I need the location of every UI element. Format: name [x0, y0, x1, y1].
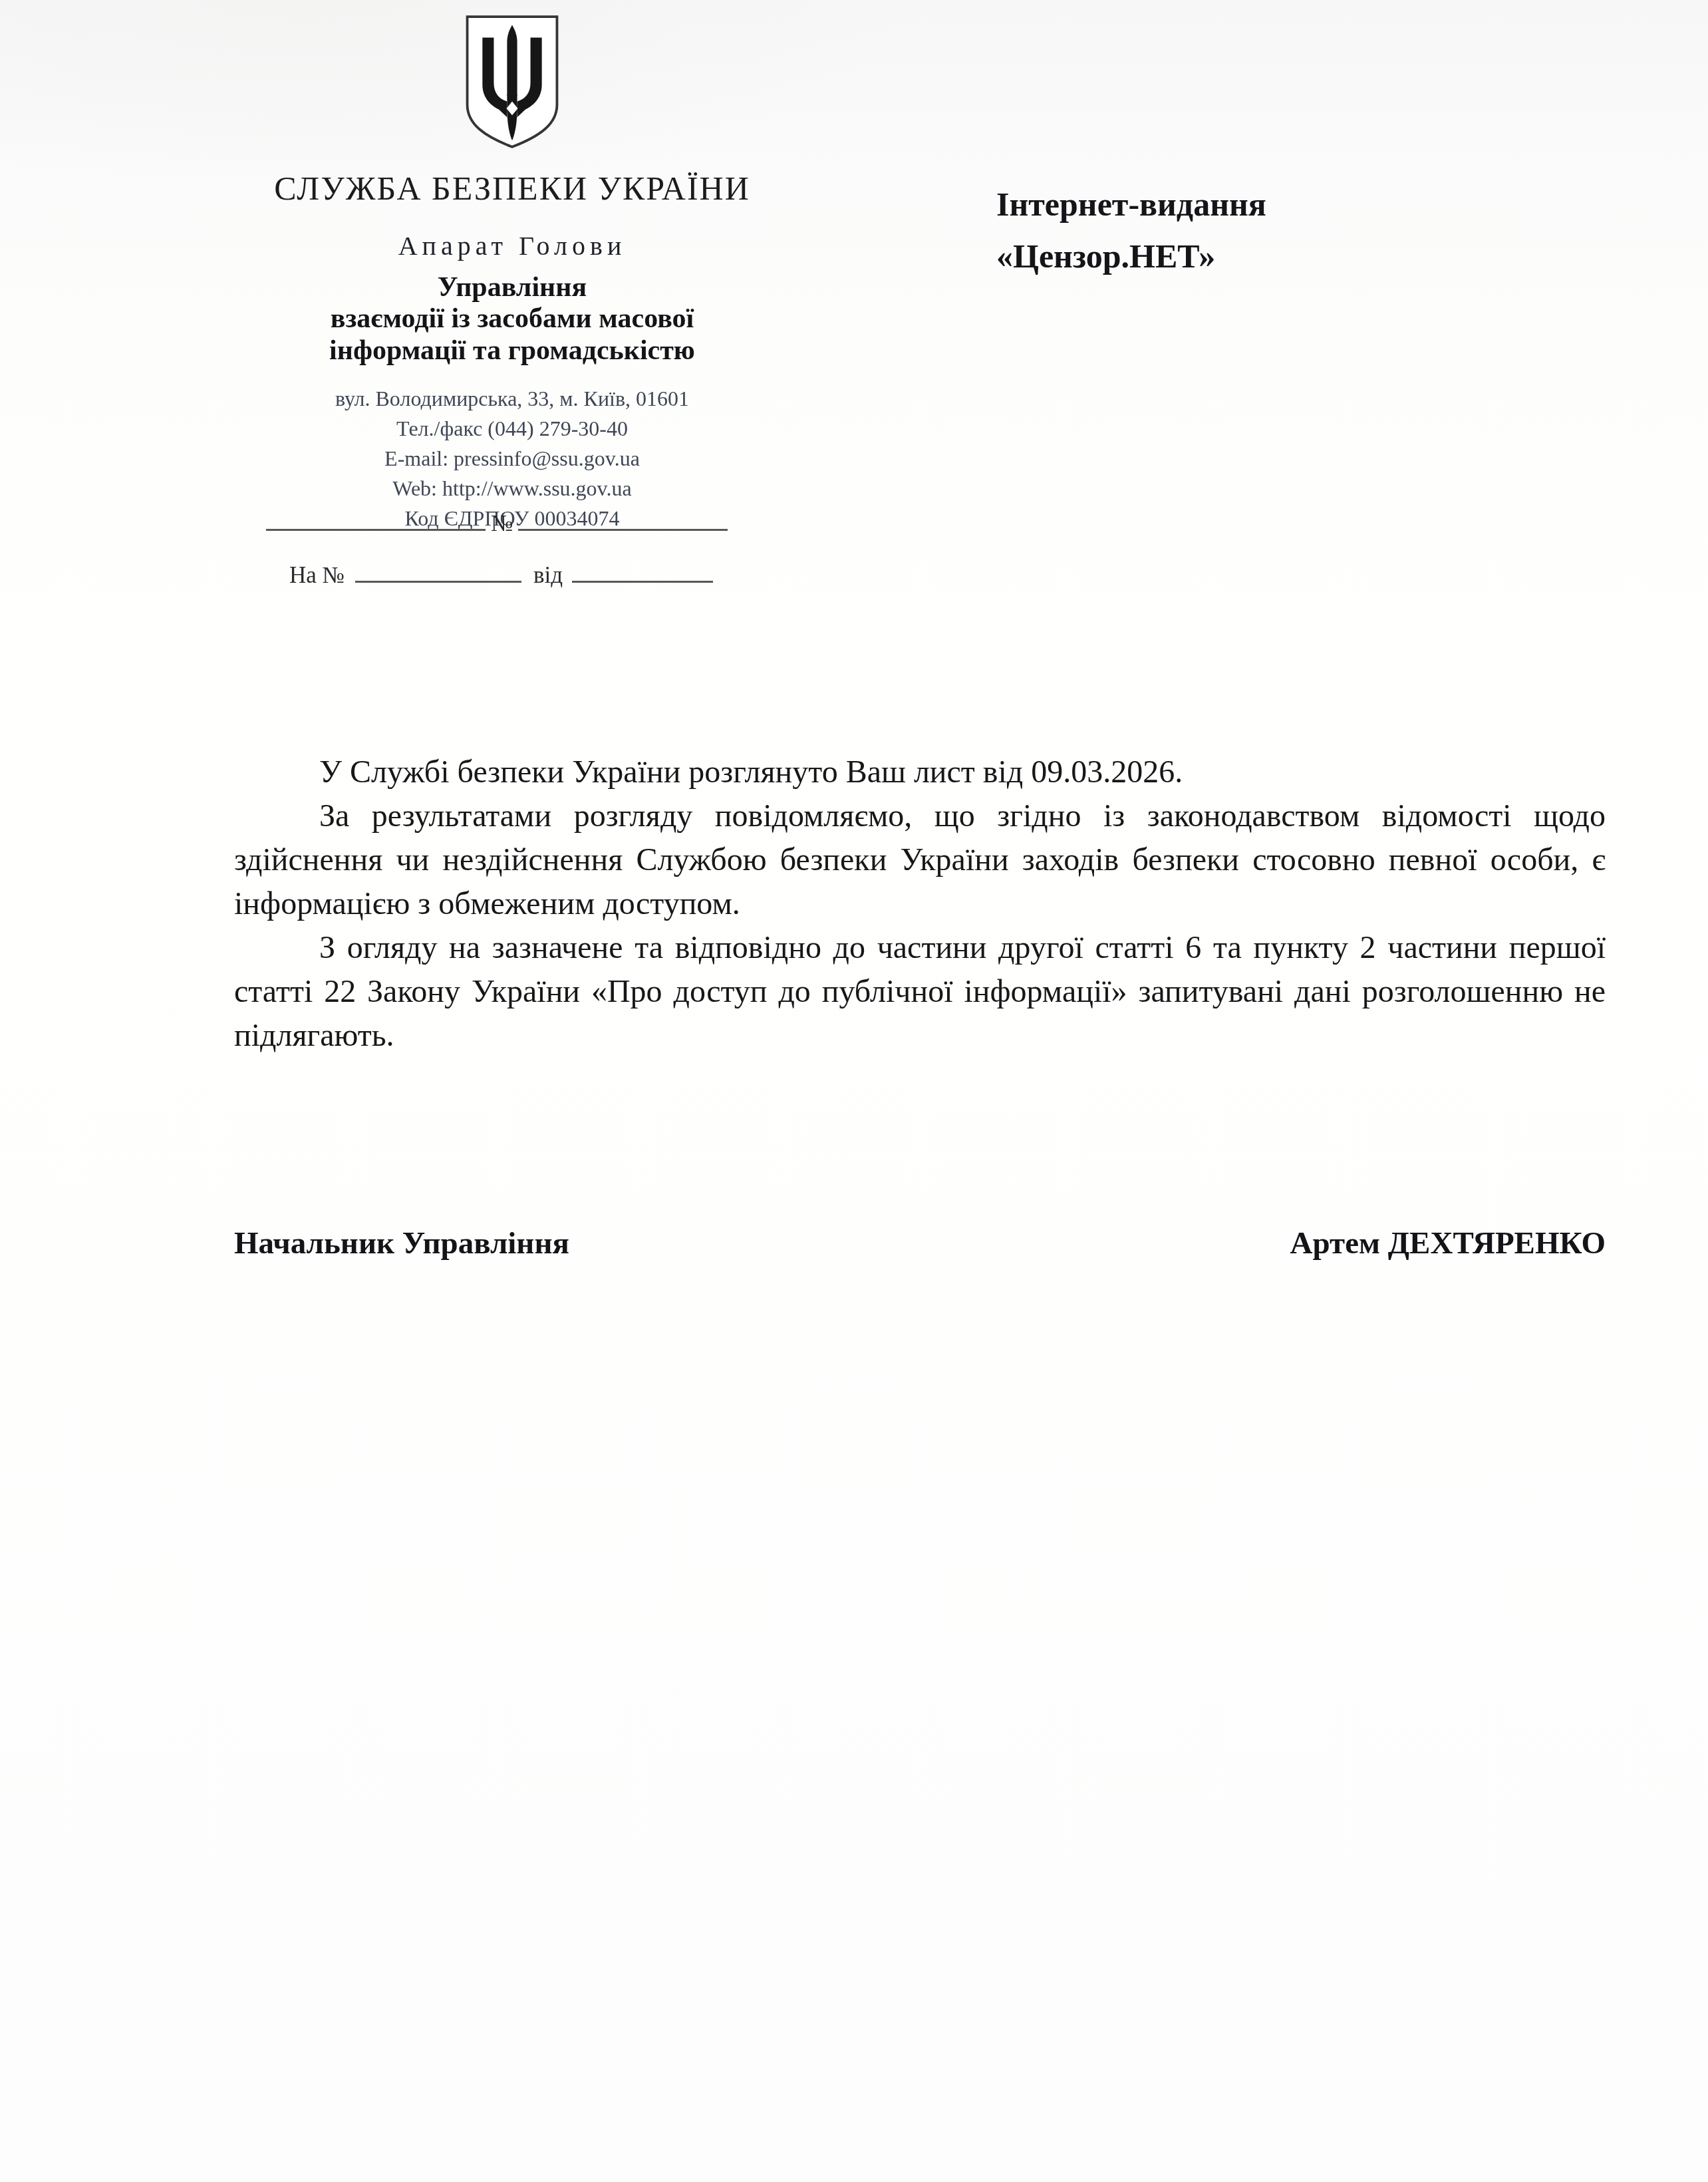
addressee-line-2: «Цензор.НЕТ»	[996, 230, 1266, 282]
addressee-block: Інтернет-видання «Цензор.НЕТ»	[996, 178, 1266, 282]
number-blank-line	[266, 506, 486, 531]
contact-email: E-mail: pressinfo@ssu.gov.ua	[219, 444, 805, 474]
ukraine-trident-emblem-icon	[462, 11, 563, 153]
addressee-line-1: Інтернет-видання	[996, 178, 1266, 230]
signature-row: Начальник Управління Артем ДЕХТЯРЕНКО	[234, 1225, 1606, 1261]
number-sign: №	[486, 510, 518, 536]
body-paragraph-1: У Службі безпеки України розглянуто Ваш …	[234, 750, 1606, 794]
reply-vid-label: від	[521, 562, 572, 588]
signer-name: Артем ДЕХТЯРЕНКО	[1290, 1225, 1606, 1261]
outgoing-number-row: №	[266, 506, 728, 537]
contact-web: Web: http://www.ssu.gov.ua	[219, 474, 805, 504]
letterhead: СЛУЖБА БЕЗПЕКИ УКРАЇНИ Апарат Голови Упр…	[219, 0, 805, 533]
reply-number-row: На №від	[289, 557, 713, 589]
letter-body: У Службі безпеки України розглянуто Ваш …	[234, 750, 1606, 1058]
contact-phone: Тел./факс (044) 279-30-40	[219, 414, 805, 444]
reply-blank-line	[355, 557, 521, 583]
org-name: СЛУЖБА БЕЗПЕКИ УКРАЇНИ	[219, 169, 805, 208]
department-name: Апарат Голови	[219, 230, 805, 261]
body-paragraph-2: За результатами розгляду повідомляємо, щ…	[234, 794, 1606, 926]
scanned-letter-page: СЛУЖБА БЕЗПЕКИ УКРАЇНИ Апарат Голови Упр…	[0, 0, 1708, 2182]
contact-address: вул. Володимирська, 33, м. Київ, 01601	[219, 384, 805, 414]
division-line-1: Управління	[219, 272, 805, 303]
division-line-3: інформації та громадськістю	[219, 335, 805, 367]
reply-blank-line	[572, 557, 713, 583]
division-name: Управління взаємодії із засобами масової…	[219, 272, 805, 367]
signer-title: Начальник Управління	[234, 1225, 569, 1261]
reply-label: На №	[289, 562, 355, 588]
division-line-2: взаємодії із засобами масової	[219, 303, 805, 335]
body-paragraph-3: З огляду на зазначене та відповідно до ч…	[234, 926, 1606, 1058]
number-blank-line	[518, 506, 728, 531]
